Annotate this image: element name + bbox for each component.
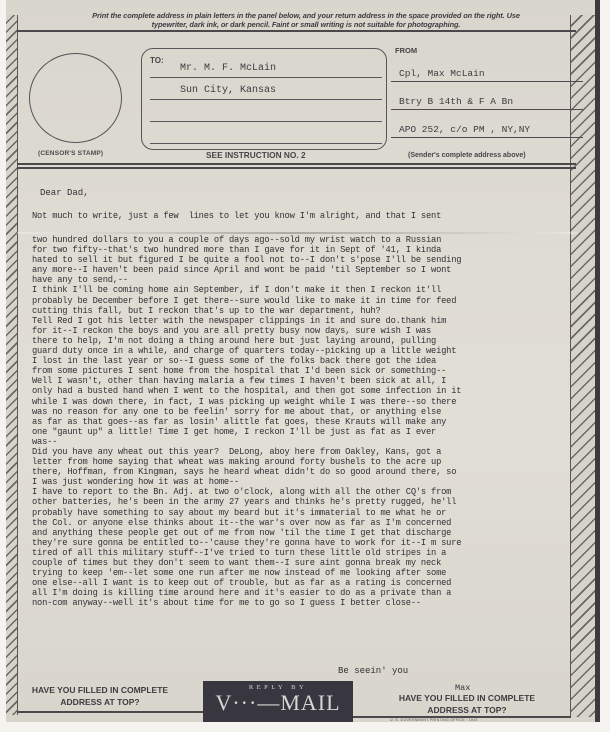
letter-line: Well I wasn't, other than having malaria… (32, 376, 572, 386)
letter-line: probably have something to say about my … (32, 508, 572, 518)
letter-line: tired of all this military stuff--I've t… (32, 548, 572, 558)
letter-line: other batteries, he's been in the army 2… (32, 497, 572, 507)
address-section-rule (17, 163, 576, 165)
sender-address-note: (Sender's complete address above) (408, 152, 526, 159)
footer-address-reminder-left: HAVE YOU FILLED IN COMPLETE ADDRESS AT T… (25, 684, 175, 708)
address-section-rule (17, 167, 576, 169)
letter-line: from some pictures I sent home from the … (32, 366, 572, 376)
letter-line: cutting this fall, but I reckon that's u… (32, 306, 572, 316)
letter-line: letter from home saying that wheat was m… (32, 457, 572, 467)
letter-line: non-com anyway--well it's about time for… (32, 598, 572, 608)
letter-line: for it--I reckon the boys and you are al… (32, 326, 572, 336)
letter-line: probably be December before I get there-… (32, 296, 572, 306)
letter-line: and anything these people get out of me … (32, 528, 572, 538)
letter-line: all I'm doing is killing time around her… (32, 588, 572, 598)
reply-by-v-mail-banner: REPLY BY V···—MAIL (203, 681, 353, 722)
letter-line: couple of times but they don't seem to w… (32, 558, 572, 568)
letter-line: have any to send,-- (32, 275, 572, 285)
letter-line: the Col. or anyone else thinks about it-… (32, 518, 572, 528)
to-line-city[interactable]: Sun City, Kansas (150, 84, 382, 100)
to-line-name[interactable]: Mr. M. F. McLain (150, 62, 382, 78)
left-hatched-border (6, 15, 18, 715)
letter-line: two hundred dollars to you a couple of d… (32, 235, 572, 245)
see-instruction-note: SEE INSTRUCTION NO. 2 (206, 150, 306, 160)
letter-line: there to help, I'm not doing a thing aro… (32, 336, 572, 346)
from-label: FROM (395, 46, 417, 55)
letter-line: only had a busted hand when I went to th… (32, 386, 572, 396)
letter-signoff: Be seein' you (338, 666, 408, 676)
letter-line: I lost in the last year or so--I guess s… (32, 356, 572, 366)
letter-line: hated to sell it but figured I be quite … (32, 255, 572, 265)
from-line-name[interactable]: Cpl, Max McLain (391, 62, 583, 82)
letter-line: was-- (32, 437, 572, 447)
letter-line: guard duty once in a while, and charge o… (32, 346, 572, 356)
letter-line: I was just wondering how it was at home-… (32, 477, 572, 487)
letter-line: they're sure gonna be entitled to--'caus… (32, 538, 572, 548)
letter-line: I have to report to the Bn. Adj. at two … (32, 487, 572, 497)
header-rule (17, 30, 576, 32)
to-line-blank[interactable] (150, 106, 382, 122)
letter-line: trying to keep 'em--let some one run aft… (32, 568, 572, 578)
recipient-address-panel: TO: Mr. M. F. McLain Sun City, Kansas (141, 48, 387, 150)
from-line-unit[interactable]: Btry B 14th & F A Bn (391, 90, 583, 110)
letter-line: there, Hoffman, from Kingman, says he he… (32, 467, 572, 477)
censor-stamp-label: (CENSOR'S STAMP) (38, 150, 103, 157)
letter-line: one else--all I want is to keep out of t… (32, 578, 572, 588)
letter-line: Tell Red I got his letter with the newsp… (32, 316, 572, 326)
footer-address-reminder-right: HAVE YOU FILLED IN COMPLETE ADDRESS AT T… (392, 692, 542, 716)
from-line-apo[interactable]: APO 252, c/o PM , NY,NY (391, 118, 583, 138)
letter-line: one "gaunt up" a little! Time I get home… (32, 427, 572, 437)
letter-greeting: Dear Dad, (40, 188, 89, 198)
censor-stamp-circle (29, 53, 122, 143)
printer-imprint: U. S. GOVERNMENT PRINTING OFFICE : 1943 (390, 718, 478, 722)
letter-line: for two fifty--that's two hundred more t… (32, 245, 572, 255)
letter-line: while I was down there, in fact, I was p… (32, 397, 572, 407)
v-mail-logo: V···—MAIL (203, 691, 353, 715)
letter-line: as far as that goes--as far as losin' al… (32, 417, 572, 427)
letter-line: any more--I haven't been paid since Apri… (32, 265, 572, 275)
letter-body: two hundred dollars to you a couple of d… (32, 235, 572, 608)
letter-line: I think I'll be coming home ain Septembe… (32, 285, 572, 295)
letter-line: was no reason for any one to be feelin' … (32, 407, 572, 417)
letter-opening-line: Not much to write, just a few lines to l… (32, 211, 572, 221)
to-line-blank[interactable] (150, 128, 382, 144)
letter-line: Did you have any wheat out this year? De… (32, 447, 572, 457)
form-instructions: Print the complete address in plain lett… (81, 12, 531, 29)
fold-crease (17, 232, 577, 234)
footer-rule-left (17, 711, 203, 713)
